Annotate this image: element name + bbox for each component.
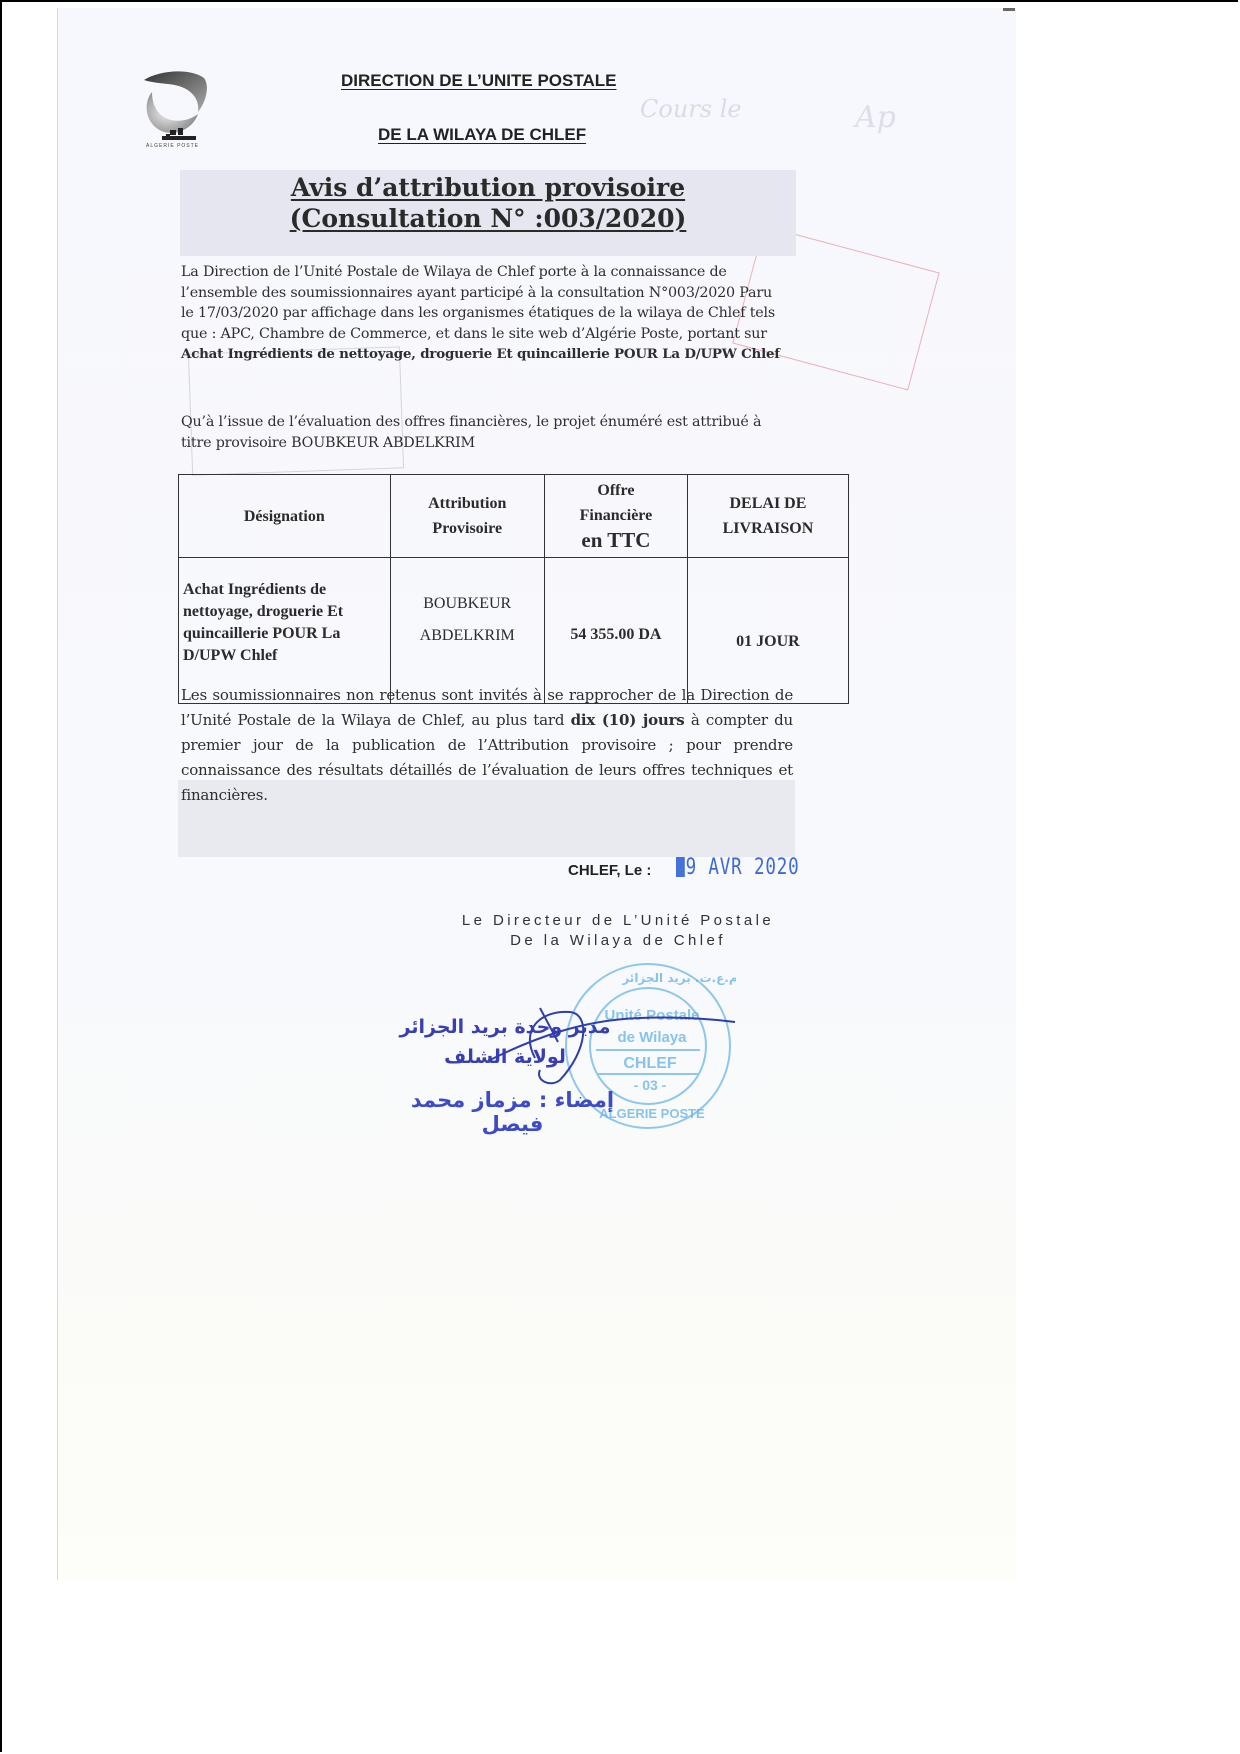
- document-title: Avis d’attribution provisoire (Consultat…: [180, 172, 796, 234]
- attribution-table: Désignation AttributionProvisoire OffreF…: [178, 474, 849, 704]
- date-stamp: 9 AVR 2020: [676, 855, 800, 880]
- scan-edge-mark: [1003, 8, 1015, 11]
- header-wilaya: DE LA WILAYA DE CHLEF: [378, 125, 586, 145]
- cell-delay: 01 JOUR: [687, 558, 848, 704]
- faded-grey-stamp: [188, 346, 404, 475]
- place-date-label: CHLEF, Le :: [568, 862, 651, 879]
- closing-paragraph: Les soumissionnaires non retenus sont in…: [181, 683, 793, 808]
- table-header-row: Désignation AttributionProvisoire OffreF…: [179, 475, 849, 558]
- deadline-emphasis: dix (10) jours: [571, 711, 685, 729]
- title-line-2: (Consultation N° :003/2020): [290, 204, 687, 233]
- signatory-title: Le Directeur de L’Unité Postale De la Wi…: [448, 911, 788, 951]
- header-offer: OffreFinancièreen TTC: [544, 475, 687, 558]
- handwritten-annotation: Cours le: [640, 95, 742, 123]
- table-row: Achat Ingrédients de nettoyage, drogueri…: [179, 558, 849, 704]
- header-delay: DELAI DELIVRAISON: [687, 475, 848, 558]
- handwritten-initials: Ap: [855, 100, 896, 135]
- cell-attribution: BOUBKEURABDELKRIM: [390, 558, 544, 704]
- cell-offer: 54 355.00 DA: [544, 558, 687, 704]
- cell-designation: Achat Ingrédients de nettoyage, drogueri…: [179, 558, 391, 704]
- algerie-poste-logo-icon: [140, 68, 212, 152]
- header-attribution: AttributionProvisoire: [390, 475, 544, 558]
- logo-caption: ALGERIE POSTE: [146, 143, 199, 149]
- intro-text: La Direction de l’Unité Postale de Wilay…: [181, 264, 775, 342]
- result-paragraph: Qu’à l’issue de l’évaluation des offres …: [181, 412, 781, 453]
- title-line-1: Avis d’attribution provisoire: [291, 173, 685, 202]
- handwritten-signature-icon: [480, 1000, 740, 1090]
- arabic-signatory-name: إمضاء : مزماز محمد فيصل: [385, 1088, 640, 1136]
- svg-text:م.ع.ت. بريد الجزائر: م.ع.ت. بريد الجزائر: [621, 971, 736, 986]
- header-direction: DIRECTION DE L’UNITE POSTALE: [341, 71, 616, 91]
- intro-subject: Achat Ingrédients de nettoyage, drogueri…: [181, 346, 780, 362]
- stamp-ink-block: [676, 857, 685, 877]
- header-designation: Désignation: [179, 475, 391, 558]
- intro-paragraph: La Direction de l’Unité Postale de Wilay…: [181, 262, 781, 365]
